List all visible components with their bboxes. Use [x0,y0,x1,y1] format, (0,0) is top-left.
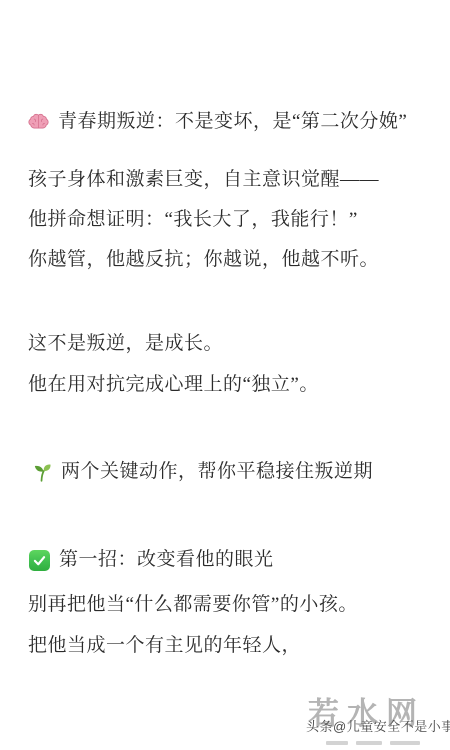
paragraph: 孩子身体和激素巨变，自主意识觉醒—— [28,169,379,191]
article-image-page: 青春期叛逆：不是变坏，是“第二次分娩” 孩子身体和激素巨变，自主意识觉醒—— 他… [0,0,450,750]
section-header: 两个关键动作，帮你平稳接住叛逆期 [61,461,373,483]
paragraph: 这不是叛逆，是成长。 [28,333,223,355]
watermark-fine-print [356,741,382,745]
check-mark-icon [29,550,50,571]
watermark-fine-print [390,741,420,745]
paragraph: 他在用对抗完成心理上的“独立”。 [28,374,319,396]
article-title: 青春期叛逆：不是变坏，是“第二次分娩” [58,111,407,133]
paragraph: 把他当成一个有主见的年轻人， [28,635,301,657]
watermark-fine-print [326,741,348,745]
paragraph: 他拼命想证明：“我长大了，我能行！” [28,209,358,231]
section-header-row: 两个关键动作，帮你平稳接住叛逆期 [31,461,373,483]
tip-header-row: 第一招：改变看他的眼光 [29,549,274,571]
watermark-author-credit: 头条@儿童安全不是小事 [306,719,450,734]
article-title-row: 青春期叛逆：不是变坏，是“第二次分娩” [28,111,407,133]
tip-header: 第一招：改变看他的眼光 [59,549,274,571]
paragraph: 你越管，他越反抗；你越说，他越不听。 [28,249,379,271]
seedling-icon [31,462,52,483]
paragraph: 别再把他当“什么都需要你管”的小孩。 [28,594,358,616]
brain-icon [28,112,49,133]
